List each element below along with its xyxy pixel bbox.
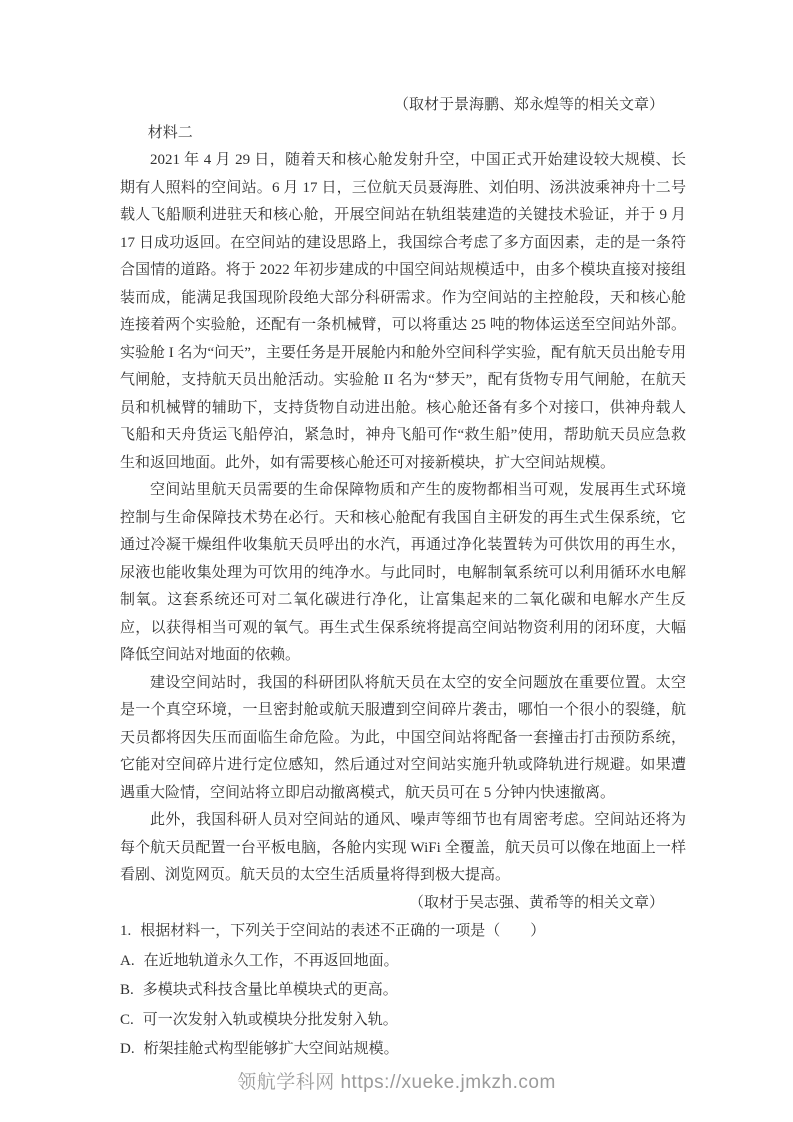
question-stem: 根据材料一，下列关于空间站的表述不正确的一项是（ ） [140,917,686,947]
attribution-top: （取材于景海鹏、郑永煌等的相关文章） [120,92,686,120]
option-b-label: B. [120,976,134,1006]
question-stem-row: 1. 根据材料一，下列关于空间站的表述不正确的一项是（ ） [120,917,686,947]
option-row-c: C. 可一次发射入轨或模块分批发射入轨。 [120,1006,686,1036]
attribution-bottom: （取材于吴志强、黄希等的相关文章） [120,890,686,918]
paragraph-life-support-system: 空间站里航天员需要的生命保障物质和产生的废物都相当可观，发展再生式环境控制与生命… [120,477,686,670]
option-row-d: D. 桁架挂舱式构型能够扩大空间站规模。 [120,1035,686,1065]
option-c-text: 可一次发射入轨或模块分批发射入轨。 [143,1006,686,1036]
question-1-block: 1. 根据材料一，下列关于空间站的表述不正确的一项是（ ） A. 在近地轨道永久… [120,917,686,1065]
option-a-label: A. [120,947,135,977]
option-d-label: D. [120,1035,135,1065]
option-row-a: A. 在近地轨道永久工作，不再返回地面。 [120,947,686,977]
question-number: 1. [120,917,131,947]
option-d-text: 桁架挂舱式构型能够扩大空间站规模。 [144,1035,686,1065]
document-page: （取材于景海鹏、郑永煌等的相关文章） 材料二 2021 年 4 月 29 日，随… [0,0,793,1122]
paragraph-comfort-wifi: 此外，我国科研人员对空间站的通风、噪声等细节也有周密考虑。空间站还将为每个航天员… [120,807,686,890]
paragraph-safety-debris-protection: 建设空间站时，我国的科研团队将航天员在太空的安全问题放在重要位置。太空是一个真空… [120,670,686,808]
section-heading-material-two: 材料二 [120,120,686,148]
paragraph-space-station-construction: 2021 年 4 月 29 日，随着天和核心舱发射升空，中国正式开始建设较大规模… [120,147,686,477]
option-row-b: B. 多模块式科技含量比单模块式的更高。 [120,976,686,1006]
site-watermark: 领航学科网 https://xueke.jmkzh.com [0,1071,793,1095]
option-c-label: C. [120,1006,134,1036]
option-b-text: 多模块式科技含量比单模块式的更高。 [143,976,686,1006]
option-a-text: 在近地轨道永久工作，不再返回地面。 [144,947,686,977]
